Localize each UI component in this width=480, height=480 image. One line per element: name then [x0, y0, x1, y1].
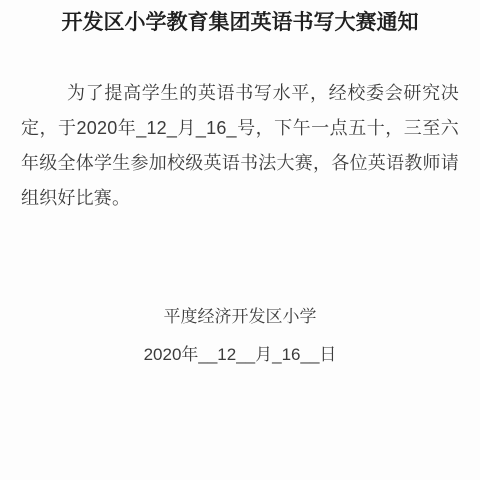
notice-body: 为了提高学生的英语书写水平，经校委会研究决定，于2020年_12_月_16_号，… [21, 76, 459, 216]
notice-page: 开发区小学教育集团英语书写大赛通知 为了提高学生的英语书写水平，经校委会研究决定… [0, 0, 480, 480]
notice-date: 2020年__12__月_16__日 [0, 344, 480, 365]
notice-title: 开发区小学教育集团英语书写大赛通知 [0, 0, 480, 35]
notice-signature: 平度经济开发区小学 [0, 306, 480, 327]
